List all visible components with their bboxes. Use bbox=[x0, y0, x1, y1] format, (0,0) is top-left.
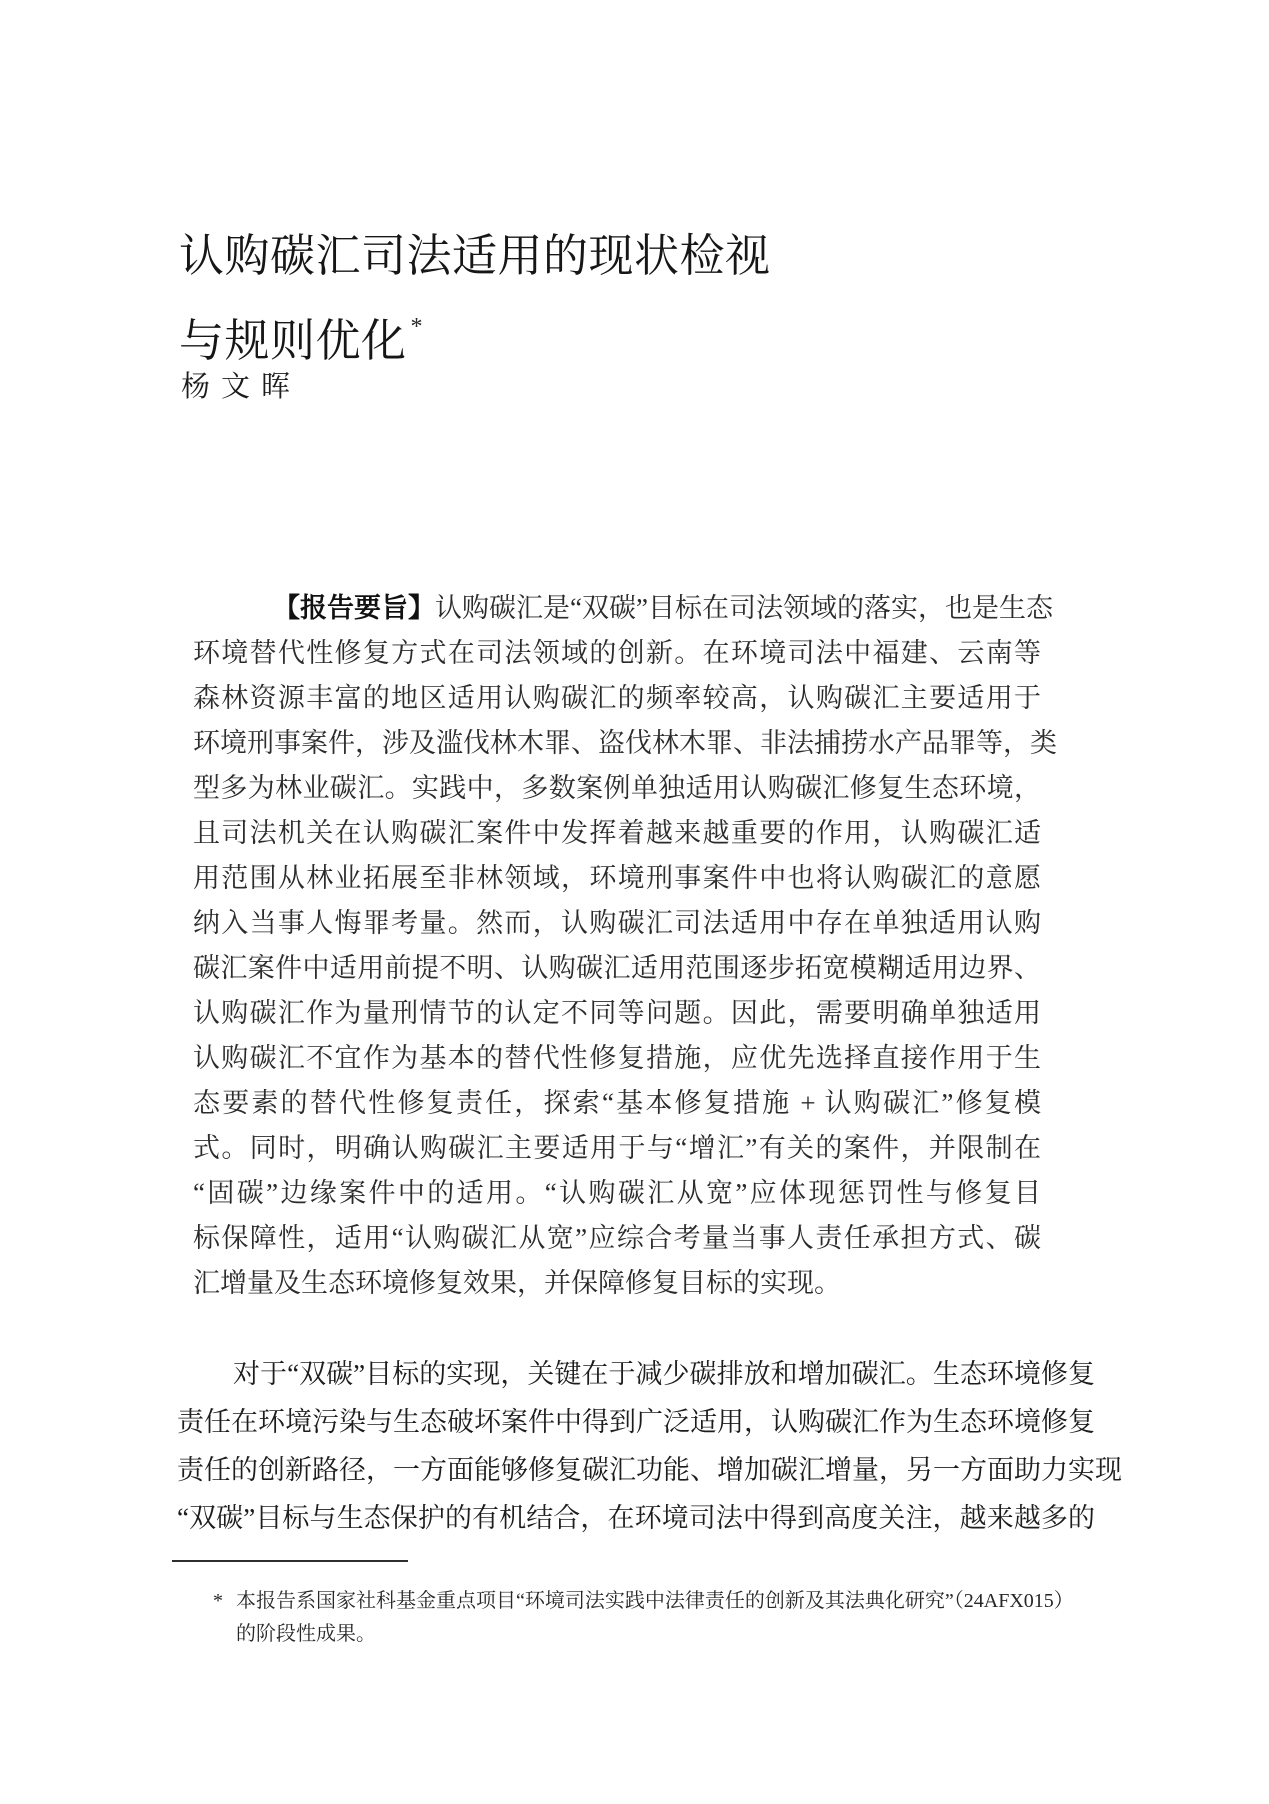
article-title: 认购碳汇司法适用的现状检视 与规则优化* bbox=[179, 221, 1079, 377]
abstract-line: 环境替代性修复方式在司法领域的创新。在环境司法中福建、云南等 bbox=[193, 631, 1041, 676]
body-line: 对于“双碳”目标的实现，关键在于减少碳排放和增加碳汇。生态环境修复 bbox=[177, 1350, 1095, 1398]
document-page: 认购碳汇司法适用的现状检视 与规则优化* 杨文晖 【报告要旨】认购碳汇是“双碳”… bbox=[0, 0, 1269, 1804]
abstract-line: 式。同时，明确认购碳汇主要适用于与“增汇”有关的案件，并限制在 bbox=[193, 1126, 1041, 1171]
body-line: “双碳”目标与生态保护的有机结合，在环境司法中得到高度关注，越来越多的 bbox=[177, 1494, 1095, 1542]
abstract-label: 【报告要旨】 bbox=[273, 593, 435, 623]
footnote-line: 的阶段性成果。 bbox=[236, 1618, 1113, 1651]
abstract-line: “固碳”边缘案件中的适用。“认购碳汇从宽”应体现惩罚性与修复目 bbox=[193, 1171, 1041, 1216]
footnote-asterisk: * bbox=[213, 1585, 236, 1618]
abstract-line: 环境刑事案件，涉及滥伐林木罪、盗伐林木罪、非法捕捞水产品罪等，类 bbox=[193, 721, 1041, 766]
abstract-line-text: 认购碳汇是“双碳”目标在司法领域的落实，也是生态 bbox=[435, 593, 1053, 623]
article-title-line1: 认购碳汇司法适用的现状检视 bbox=[179, 221, 1079, 292]
article-title-line2-text: 与规则优化 bbox=[179, 316, 407, 366]
body-line: 责任的创新路径，一方面能够修复碳汇功能、增加碳汇增量，另一方面助力实现 bbox=[177, 1446, 1095, 1494]
footnote-divider bbox=[172, 1560, 408, 1562]
abstract-line: 汇增量及生态环境修复效果，并保障修复目标的实现。 bbox=[193, 1261, 1041, 1306]
article-title-line2: 与规则优化* bbox=[179, 292, 1079, 377]
abstract-line: 【报告要旨】认购碳汇是“双碳”目标在司法领域的落实，也是生态 bbox=[193, 586, 1041, 631]
title-footnote-asterisk: * bbox=[411, 314, 424, 340]
abstract-line: 用范围从林业拓展至非林领域，环境刑事案件中也将认购碳汇的意愿 bbox=[193, 856, 1041, 901]
author-name: 杨文晖 bbox=[181, 364, 301, 405]
footnote-line: 本报告系国家社科基金重点项目“环境司法实践中法律责任的创新及其法典化研究”（24… bbox=[236, 1585, 1113, 1618]
body-paragraph: 对于“双碳”目标的实现，关键在于减少碳排放和增加碳汇。生态环境修复 责任在环境污… bbox=[177, 1350, 1095, 1542]
abstract-line: 碳汇案件中适用前提不明、认购碳汇适用范围逐步拓宽模糊适用边界、 bbox=[193, 946, 1041, 991]
abstract-line: 认购碳汇不宜作为基本的替代性修复措施，应优先选择直接作用于生 bbox=[193, 1036, 1041, 1081]
abstract-line: 态要素的替代性修复责任，探索“基本修复措施 + 认购碳汇”修复模 bbox=[193, 1081, 1041, 1126]
abstract-line: 森林资源丰富的地区适用认购碳汇的频率较高，认购碳汇主要适用于 bbox=[193, 676, 1041, 721]
footnote-section: * 本报告系国家社科基金重点项目“环境司法实践中法律责任的创新及其法典化研究”（… bbox=[213, 1585, 1113, 1651]
footnote-text: 本报告系国家社科基金重点项目“环境司法实践中法律责任的创新及其法典化研究”（24… bbox=[236, 1585, 1113, 1651]
abstract-section: 【报告要旨】认购碳汇是“双碳”目标在司法领域的落实，也是生态 环境替代性修复方式… bbox=[193, 586, 1041, 1306]
abstract-line: 且司法机关在认购碳汇案件中发挥着越来越重要的作用，认购碳汇适 bbox=[193, 811, 1041, 856]
abstract-line: 型多为林业碳汇。实践中，多数案例单独适用认购碳汇修复生态环境， bbox=[193, 766, 1041, 811]
abstract-line: 认购碳汇作为量刑情节的认定不同等问题。因此，需要明确单独适用 bbox=[193, 991, 1041, 1036]
body-line: 责任在环境污染与生态破坏案件中得到广泛适用，认购碳汇作为生态环境修复 bbox=[177, 1398, 1095, 1446]
abstract-line: 纳入当事人悔罪考量。然而，认购碳汇司法适用中存在单独适用认购 bbox=[193, 901, 1041, 946]
abstract-line: 标保障性，适用“认购碳汇从宽”应综合考量当事人责任承担方式、碳 bbox=[193, 1216, 1041, 1261]
